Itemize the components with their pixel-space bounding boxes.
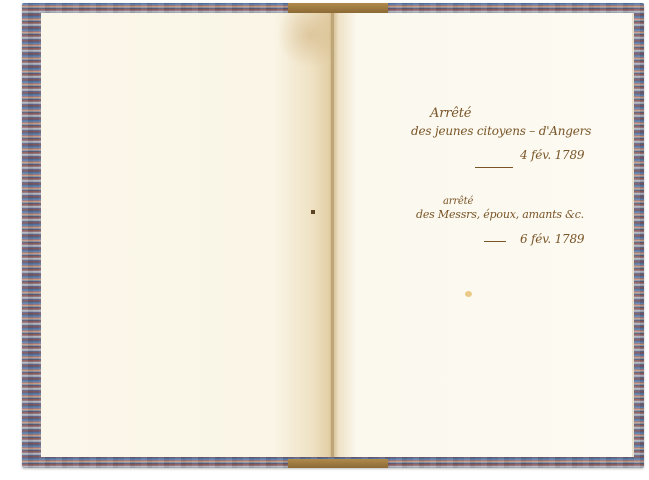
annotation-2-title: arrêté <box>443 196 473 207</box>
annotation-1-text: des jeunes citoyens – d'Angers <box>411 124 591 138</box>
annotation-1-date: 4 fév. 1789 <box>520 148 584 162</box>
annotation-2-rule <box>484 241 506 242</box>
book-gutter <box>331 13 334 457</box>
left-page <box>41 13 332 457</box>
spine-leather-bottom <box>288 459 388 468</box>
annotation-1-title: Arrêté <box>430 106 471 121</box>
right-page <box>333 13 634 457</box>
annotation-2-text: des Messrs, époux, amants &c. <box>416 208 584 221</box>
annotation-1-rule <box>475 167 513 168</box>
spine-leather-top <box>288 3 388 13</box>
gutter-mark <box>311 210 315 214</box>
annotation-2-date: 6 fév. 1789 <box>520 232 584 246</box>
paper-stain <box>465 291 472 297</box>
